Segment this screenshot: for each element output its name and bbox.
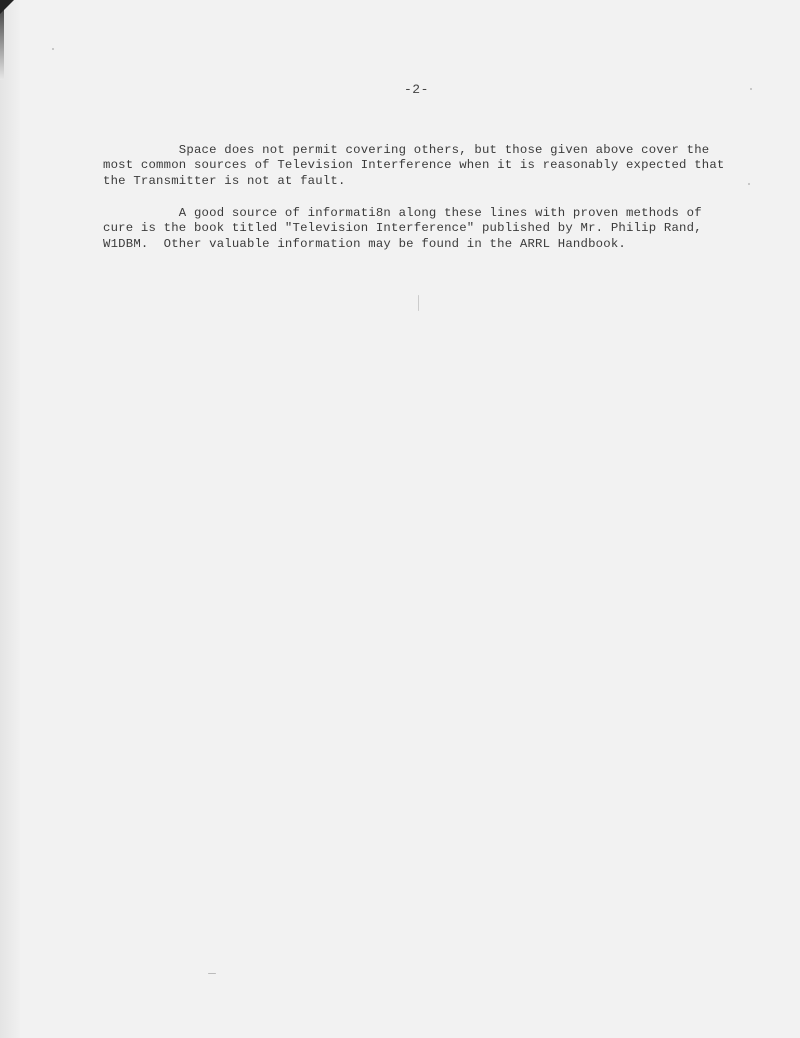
paragraph-line: W1DBM. Other valuable information may be… (103, 237, 626, 251)
paragraph-line: cure is the book titled "Television Inte… (103, 221, 702, 235)
page-number: -2- (404, 82, 429, 97)
scan-speck (418, 295, 419, 311)
paragraph-line: most common sources of Television Interf… (103, 158, 725, 172)
scan-speck (750, 88, 752, 90)
scan-speck (748, 183, 750, 185)
paragraph-line: Space does not permit covering others, b… (103, 143, 709, 157)
page-left-edge (0, 0, 20, 1038)
paragraph-line: the Transmitter is not at fault. (103, 174, 346, 188)
scan-speck (52, 48, 54, 50)
scan-speck (208, 973, 216, 974)
document-page: -2- Space does not permit covering other… (0, 0, 800, 1038)
paragraph-line: A good source of informati8n along these… (103, 206, 702, 220)
